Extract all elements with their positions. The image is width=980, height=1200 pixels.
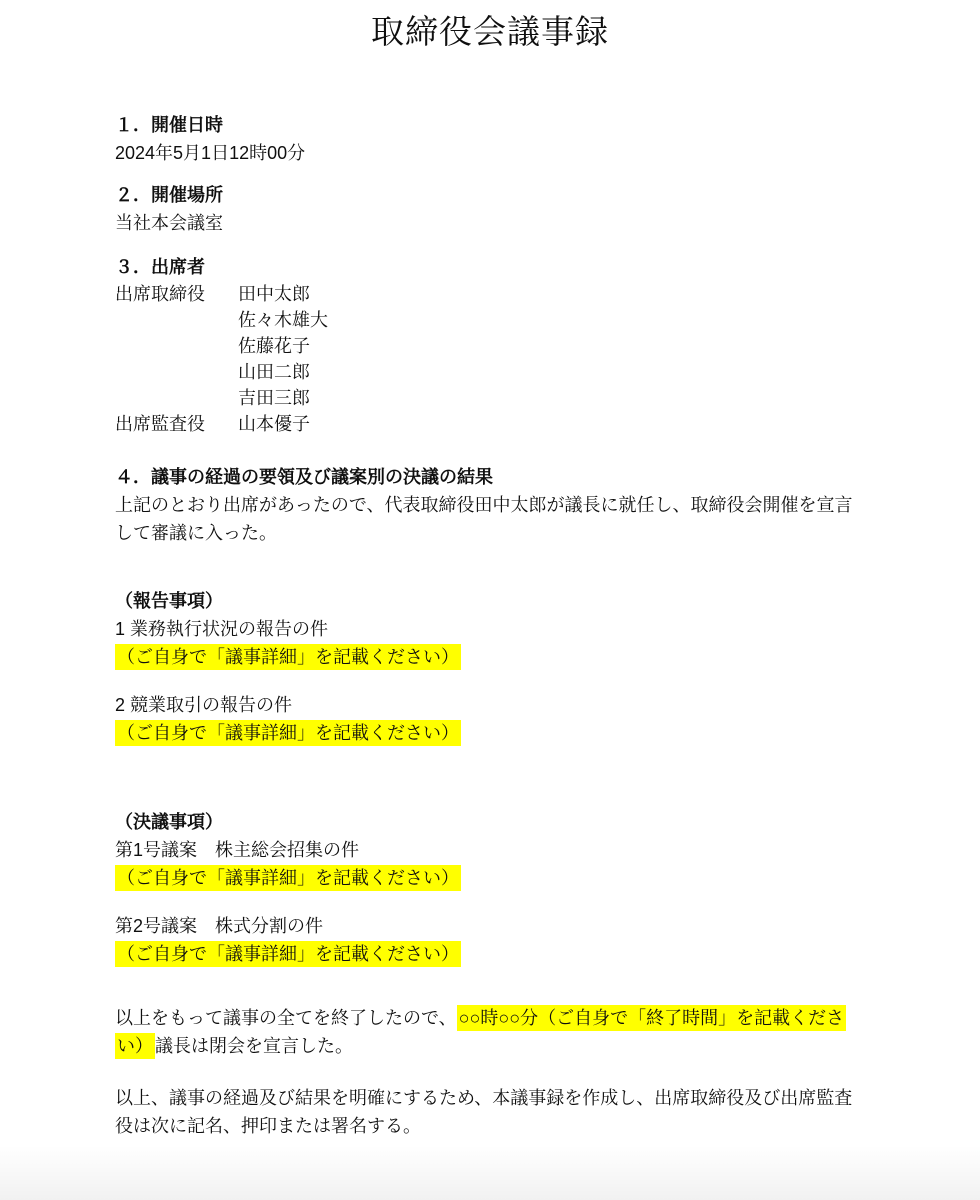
report-item-placeholder: （ご自身で「議事詳細」を記載ください） — [115, 643, 880, 671]
document-content: １．開催日時 2024年5月1日12時00分 ２．開催場所 当社本会議室 ３．出… — [0, 111, 980, 1140]
resolution-item-placeholder: （ご自身で「議事詳細」を記載ください） — [115, 864, 880, 892]
attendee-row: 吉田三郎 — [115, 385, 880, 411]
attendee-row: 佐々木雄大 — [115, 307, 880, 333]
document-title: 取締役会議事録 — [0, 0, 980, 54]
section-heading-attendees: ３．出席者 — [115, 253, 880, 281]
attestation-line: 役は次に記名、押印または署名する。 — [115, 1112, 880, 1140]
attestation-line: 以上、議事の経過及び結果を明確にするため、本議事録を作成し、出席取締役及び出席監… — [115, 1084, 880, 1112]
closing-line: い）議長は閉会を宣言した。 — [115, 1032, 880, 1060]
closing-text: 以上をもって議事の全てを終了したので、 — [115, 1008, 457, 1028]
closing-line: 以上をもって議事の全てを終了したので、○○時○○分（ご自身で「終了時間」を記載く… — [115, 1004, 880, 1032]
highlighted-placeholder: （ご自身で「議事詳細」を記載ください） — [115, 941, 461, 967]
report-item-title: 1 業務執行状況の報告の件 — [115, 615, 880, 643]
attendee-role: 出席監査役 — [115, 411, 238, 437]
proceedings-line: 上記のとおり出席があったので、代表取締役田中太郎が議長に就任し、取締役会開催を宣… — [115, 491, 880, 519]
highlighted-end-time-placeholder: ○○時○○分（ご自身で「終了時間」を記載くださ — [457, 1005, 847, 1031]
resolution-item-placeholder: （ご自身で「議事詳細」を記載ください） — [115, 940, 880, 968]
report-item-title: 2 競業取引の報告の件 — [115, 691, 880, 719]
document-page: 取締役会議事録 １．開催日時 2024年5月1日12時00分 ２．開催場所 当社… — [0, 0, 980, 1200]
resolution-item-title: 第2号議案 株式分割の件 — [115, 912, 880, 940]
attendee-name: 田中太郎 — [238, 284, 310, 304]
section-heading-datetime: １．開催日時 — [115, 111, 880, 139]
report-item-placeholder: （ご自身で「議事詳細」を記載ください） — [115, 719, 880, 747]
attendee-name: 山本優子 — [238, 414, 310, 434]
highlighted-placeholder: （ご自身で「議事詳細」を記載ください） — [115, 865, 461, 891]
attendee-row: 出席取締役田中太郎 — [115, 281, 880, 307]
resolutions-heading: （決議事項） — [115, 808, 880, 836]
closing-text: 議長は閉会を宣言した。 — [155, 1036, 353, 1056]
attendee-name: 佐藤花子 — [238, 336, 310, 356]
attendee-name: 吉田三郎 — [238, 388, 310, 408]
attendee-name: 山田二郎 — [238, 362, 310, 382]
highlighted-placeholder: （ご自身で「議事詳細」を記載ください） — [115, 644, 461, 670]
attendee-name: 佐々木雄大 — [238, 310, 328, 330]
page-bottom-edge — [0, 1145, 980, 1200]
place-value: 当社本会議室 — [115, 209, 880, 237]
section-heading-place: ２．開催場所 — [115, 181, 880, 209]
datetime-value: 2024年5月1日12時00分 — [115, 139, 880, 167]
highlighted-placeholder: （ご自身で「議事詳細」を記載ください） — [115, 720, 461, 746]
proceedings-line: して審議に入った。 — [115, 519, 880, 547]
attendee-role: 出席取締役 — [115, 281, 238, 307]
attendee-row: 出席監査役山本優子 — [115, 411, 880, 437]
resolution-item-title: 第1号議案 株主総会招集の件 — [115, 836, 880, 864]
attendee-row: 佐藤花子 — [115, 333, 880, 359]
highlighted-end-time-placeholder: い） — [115, 1033, 155, 1059]
attendee-row: 山田二郎 — [115, 359, 880, 385]
section-heading-proceedings: ４．議事の経過の要領及び議案別の決議の結果 — [115, 463, 880, 491]
reports-heading: （報告事項） — [115, 587, 880, 615]
